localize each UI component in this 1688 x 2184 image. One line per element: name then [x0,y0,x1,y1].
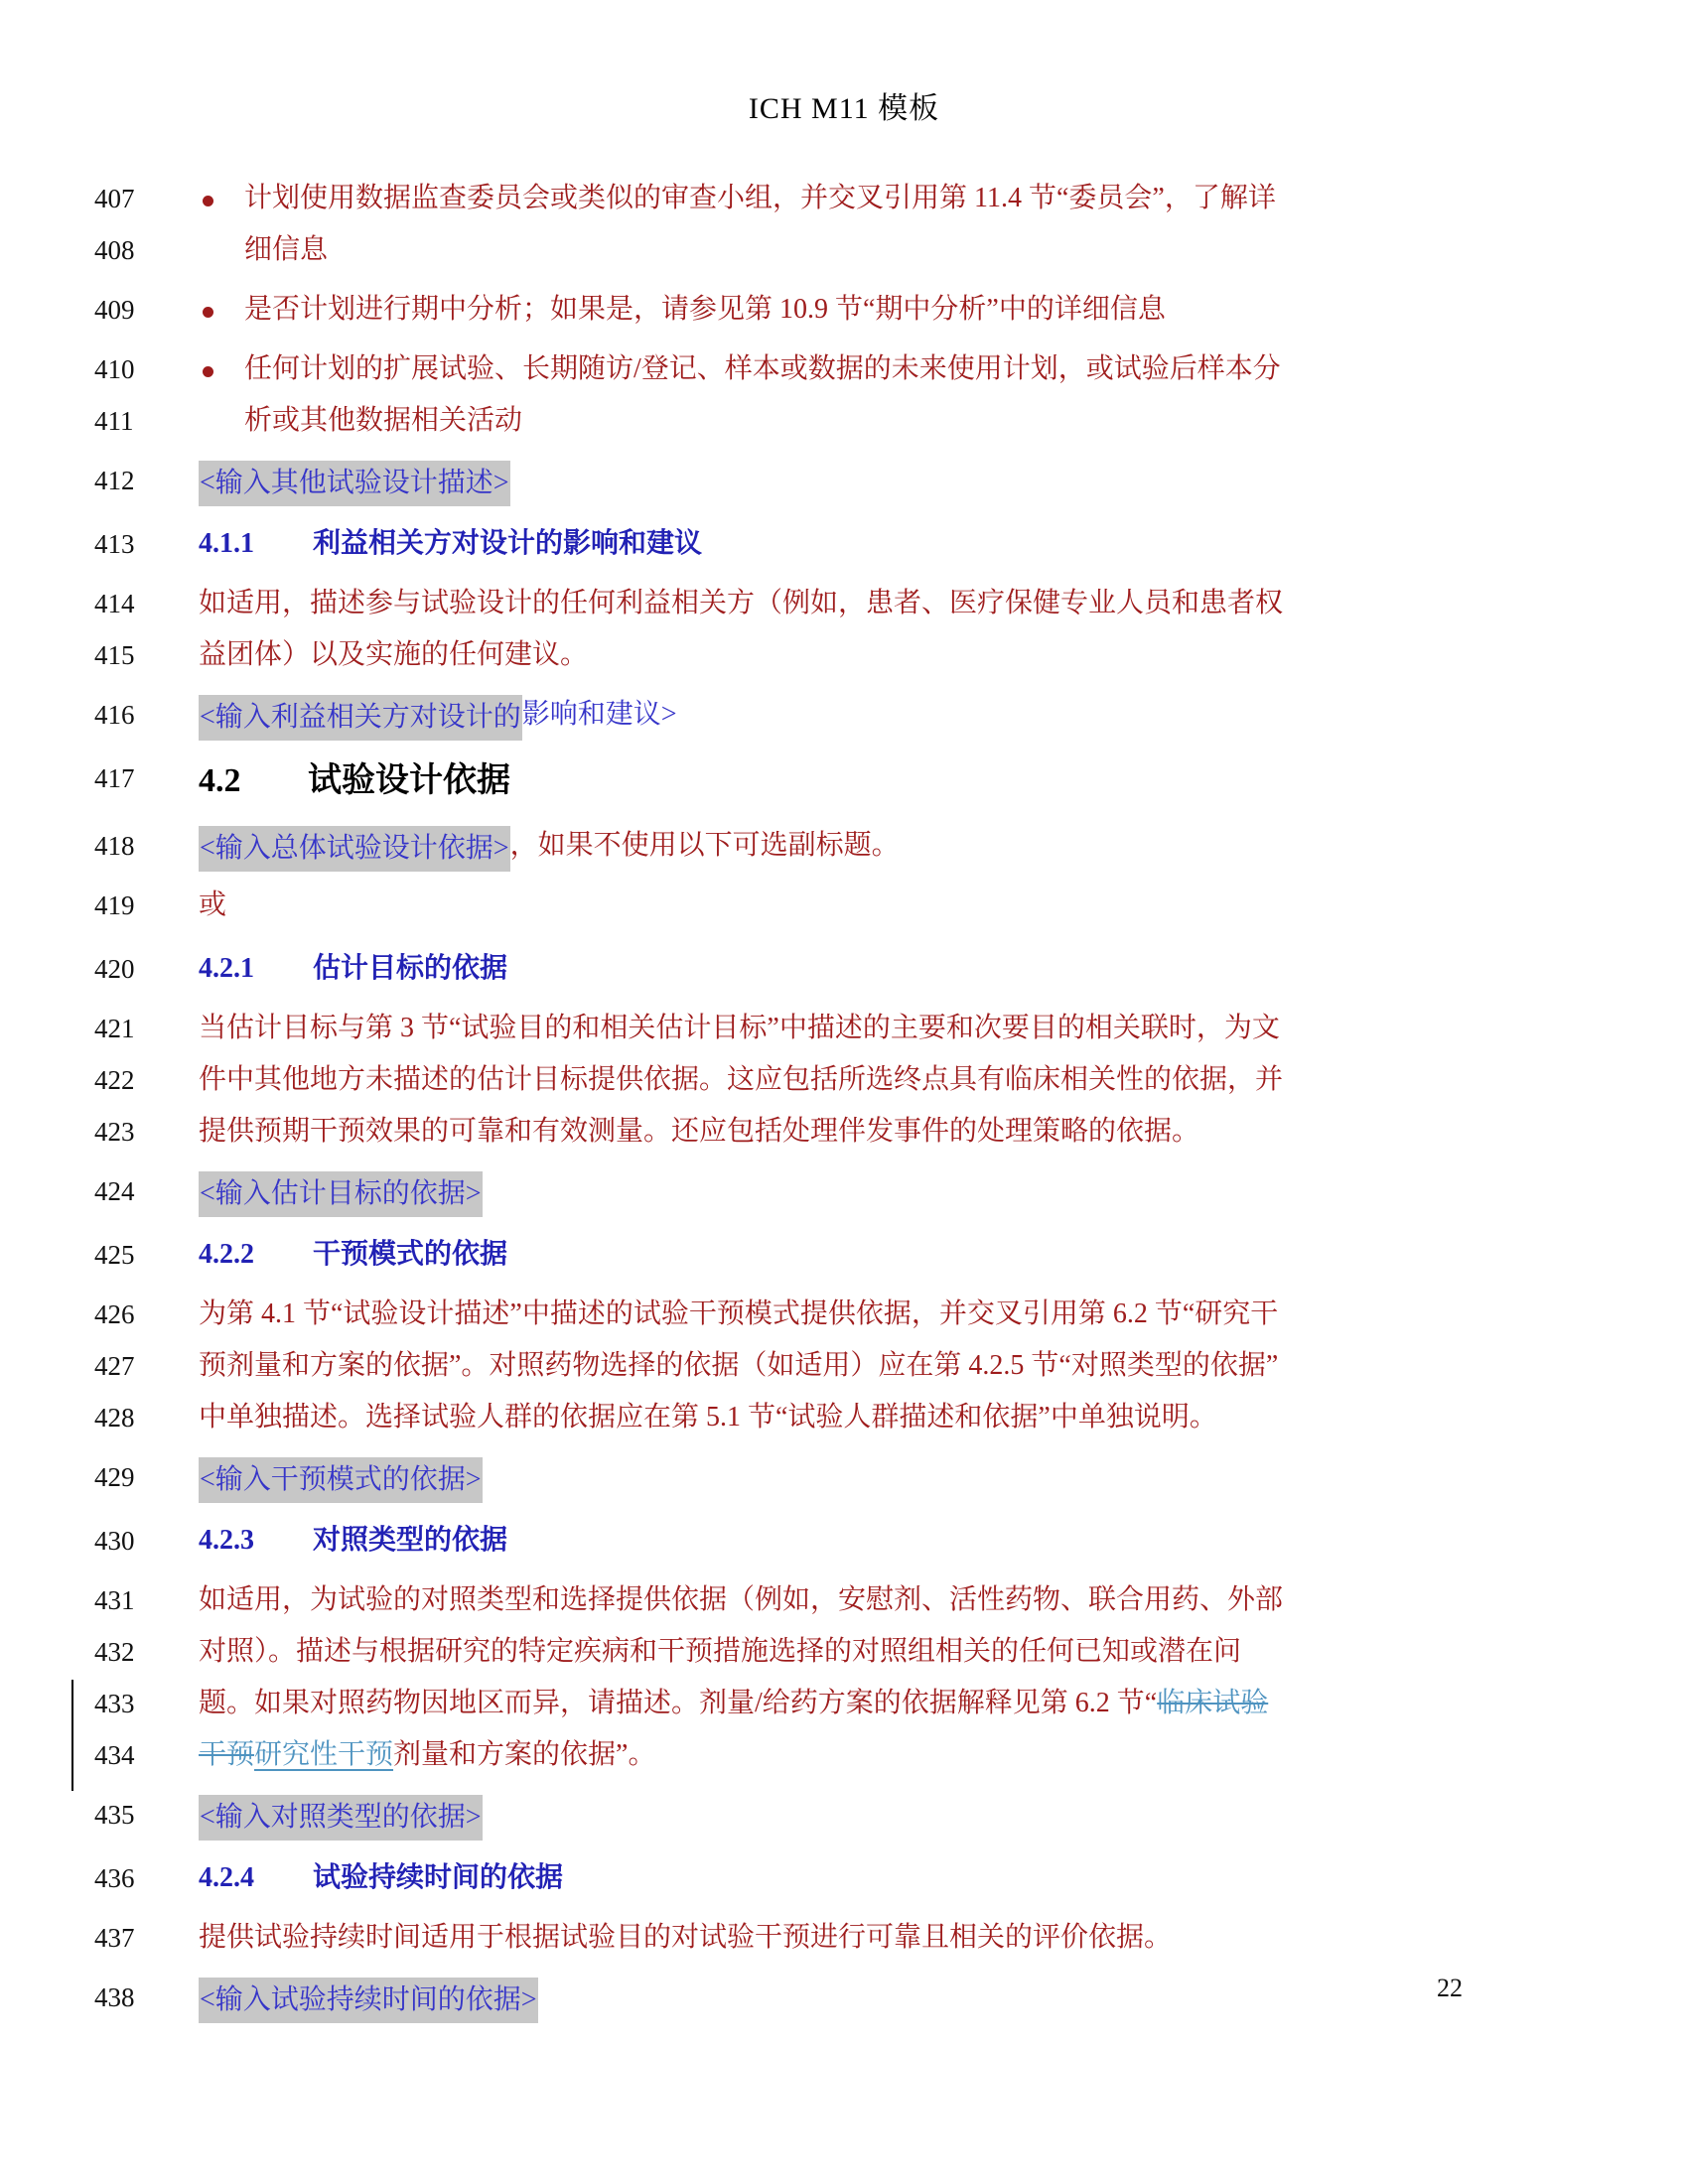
bullet-icon [199,349,244,389]
line-number: 420 [94,949,199,989]
heading-number: 4.2.4 [199,1858,313,1898]
line-number: 437 [94,1918,199,1958]
heading: 4.2.3对照类型的依据 [199,1521,507,1561]
placeholder-text: <输入干预模式的依据> [199,1457,483,1503]
text-segment: 或 [199,886,226,925]
heading-text: 估计目标的依据 [313,949,507,989]
line-number: 412 [94,461,199,500]
doc-line-420: 4204.2.1估计目标的依据 [0,949,1688,1001]
doc-line-416: 416<输入利益相关方对设计的影响和建议> [0,695,1688,747]
doc-line-408: 408细信息 [0,230,1688,282]
line-content: 中单独描述。选择试验人群的依据应在第 5.1 节“试验人群描述和依据”中单独说明… [199,1398,1217,1437]
line-number: 429 [94,1457,199,1497]
page-number: 22 [1437,1974,1463,2003]
line-number: 418 [94,826,199,866]
line-number: 428 [94,1398,199,1437]
line-content: 为第 4.1 节“试验设计描述”中描述的试验干预模式提供依据，并交叉引用第 6.… [199,1295,1278,1334]
line-number: 411 [94,401,199,441]
line-content: 当估计目标与第 3 节“试验目的和相关估计目标”中描述的主要和次要目的相关联时，… [199,1009,1280,1048]
heading-number: 4.2.2 [199,1235,313,1275]
placeholder-text: <输入估计目标的依据> [199,1171,483,1217]
line-number: 408 [94,230,199,270]
doc-line-438: 438<输入试验持续时间的依据> [0,1978,1688,2029]
doc-line-423: 423提供预期干预效果的可靠和有效测量。还应包括处理伴发事件的处理策略的依据。 [0,1112,1688,1163]
doc-line-407: 407计划使用数据监查委员会或类似的审查小组，并交叉引用第 11.4 节“委员会… [0,179,1688,230]
line-content: 件中其他地方未描述的估计目标提供依据。这应包括所选终点具有临床相关性的依据，并 [199,1060,1283,1100]
doc-line-409: 409是否计划进行期中分析；如果是，请参见第 10.9 节“期中分析”中的详细信… [0,290,1688,341]
line-content: <输入利益相关方对设计的影响和建议> [199,695,677,741]
placeholder-text: <输入利益相关方对设计的 [199,695,522,741]
line-content: <输入总体试验设计依据>，如果不使用以下可选副标题。 [199,826,900,872]
line-content: 干预研究性干预剂量和方案的依据”。 [199,1735,655,1775]
line-number: 426 [94,1295,199,1334]
heading: 4.2试验设计依据 [199,758,510,804]
line-number: 421 [94,1009,199,1048]
line-number: 430 [94,1521,199,1561]
placeholder-text: <输入试验持续时间的依据> [199,1978,538,2023]
text-segment: ，如果不使用以下可选副标题。 [510,826,900,866]
line-content: 如适用，描述参与试验设计的任何利益相关方（例如，患者、医疗保健专业人员和患者权 [199,584,1283,623]
line-number: 415 [94,635,199,675]
heading-text: 试验设计依据 [308,758,510,804]
heading-text: 利益相关方对设计的影响和建议 [313,524,702,564]
doc-line-421: 421当估计目标与第 3 节“试验目的和相关估计目标”中描述的主要和次要目的相关… [0,1009,1688,1060]
doc-line-437: 437提供试验持续时间适用于根据试验目的对试验干预进行可靠且相关的评价依据。 [0,1918,1688,1970]
line-number: 410 [94,349,199,389]
line-content: 题。如果对照药物因地区而异，请描述。剂量/给药方案的依据解释见第 6.2 节“临… [199,1684,1268,1723]
text-segment: 题。如果对照药物因地区而异，请描述。剂量/给药方案的依据解释见第 6.2 节“ [199,1684,1157,1723]
deleted-text: 干预 [199,1735,254,1775]
text-segment: 任何计划的扩展试验、长期随访/登记、样本或数据的未来使用计划，或试验后样本分 [244,349,1281,389]
line-content: <输入对照类型的依据> [199,1795,483,1841]
line-number: 413 [94,524,199,564]
doc-line-411: 411析或其他数据相关活动 [0,401,1688,453]
doc-line-413: 4134.1.1利益相关方对设计的影响和建议 [0,524,1688,576]
heading: 4.2.1估计目标的依据 [199,949,507,989]
line-content: <输入估计目标的依据> [199,1171,483,1217]
text-segment: 如适用，描述参与试验设计的任何利益相关方（例如，患者、医疗保健专业人员和患者权 [199,584,1283,623]
line-content: 提供试验持续时间适用于根据试验目的对试验干预进行可靠且相关的评价依据。 [199,1918,1172,1958]
doc-line-431: 431如适用，为试验的对照类型和选择提供依据（例如，安慰剂、活性药物、联合用药、… [0,1580,1688,1632]
line-number: 423 [94,1112,199,1152]
inserted-text: 研究性干预 [254,1735,393,1775]
text-segment: 细信息 [244,230,328,270]
text-segment: 提供预期干预效果的可靠和有效测量。还应包括处理伴发事件的处理策略的依据。 [199,1112,1199,1152]
doc-line-427: 427预剂量和方案的依据”。对照药物选择的依据（如适用）应在第 4.2.5 节“… [0,1346,1688,1398]
line-content: 任何计划的扩展试验、长期随访/登记、样本或数据的未来使用计划，或试验后样本分 [199,349,1281,389]
heading-number: 4.2.3 [199,1521,313,1561]
doc-line-435: 435<输入对照类型的依据> [0,1795,1688,1846]
line-number: 425 [94,1235,199,1275]
doc-line-434-with-change-bar: 434干预研究性干预剂量和方案的依据”。 [0,1735,1688,1787]
line-content: 益团体）以及实施的任何建议。 [199,635,588,675]
line-number: 407 [94,179,199,218]
line-number: 427 [94,1346,199,1386]
doc-line-430: 4304.2.3对照类型的依据 [0,1521,1688,1572]
document-page: ICH M11 模板 407计划使用数据监查委员会或类似的审查小组，并交叉引用第… [0,0,1688,2184]
heading-number: 4.1.1 [199,524,313,564]
doc-line-418: 418<输入总体试验设计依据>，如果不使用以下可选副标题。 [0,826,1688,878]
line-number: 436 [94,1858,199,1898]
line-number: 416 [94,695,199,735]
text-segment: 预剂量和方案的依据”。对照药物选择的依据（如适用）应在第 4.2.5 节“对照类… [199,1346,1278,1386]
text-segment: 对照）。描述与根据研究的特定疾病和干预措施选择的对照组相关的任何已知或潜在问 [199,1632,1241,1672]
line-number: 424 [94,1171,199,1211]
text-segment: 剂量和方案的依据”。 [393,1735,655,1775]
line-content: 如适用，为试验的对照类型和选择提供依据（例如，安慰剂、活性药物、联合用药、外部 [199,1580,1283,1620]
line-content: 是否计划进行期中分析；如果是，请参见第 10.9 节“期中分析”中的详细信息 [199,290,1166,330]
placeholder-text: <输入总体试验设计依据> [199,826,510,872]
text-segment: 当估计目标与第 3 节“试验目的和相关估计目标”中描述的主要和次要目的相关联时，… [199,1009,1280,1048]
text-segment: 益团体）以及实施的任何建议。 [199,635,588,675]
line-number: 419 [94,886,199,925]
line-content: 计划使用数据监查委员会或类似的审查小组，并交叉引用第 11.4 节“委员会”，了… [199,179,1276,218]
placeholder-text: <输入其他试验设计描述> [199,461,510,506]
placeholder-text: <输入对照类型的依据> [199,1795,483,1841]
line-number: 414 [94,584,199,623]
line-content: <输入其他试验设计描述> [199,461,510,506]
doc-line-414: 414如适用，描述参与试验设计的任何利益相关方（例如，患者、医疗保健专业人员和患… [0,584,1688,635]
line-number: 435 [94,1795,199,1835]
line-number: 431 [94,1580,199,1620]
doc-line-429: 429<输入干预模式的依据> [0,1457,1688,1509]
document-body: 407计划使用数据监查委员会或类似的审查小组，并交叉引用第 11.4 节“委员会… [0,179,1688,2029]
bullet-icon [199,179,244,218]
text-segment: 提供试验持续时间适用于根据试验目的对试验干预进行可靠且相关的评价依据。 [199,1918,1172,1958]
text-segment: 中单独描述。选择试验人群的依据应在第 5.1 节“试验人群描述和依据”中单独说明… [199,1398,1217,1437]
line-content: 提供预期干预效果的可靠和有效测量。还应包括处理伴发事件的处理策略的依据。 [199,1112,1199,1152]
doc-line-432: 432对照）。描述与根据研究的特定疾病和干预措施选择的对照组相关的任何已知或潜在… [0,1632,1688,1684]
text-segment: 计划使用数据监查委员会或类似的审查小组，并交叉引用第 11.4 节“委员会”，了… [244,179,1276,218]
line-content: 析或其他数据相关活动 [199,401,522,441]
line-content: <输入试验持续时间的依据> [199,1978,538,2023]
heading-text: 干预模式的依据 [313,1235,507,1275]
doc-line-417: 4174.2试验设计依据 [0,758,1688,818]
heading-number: 4.2 [199,758,308,804]
line-content: 对照）。描述与根据研究的特定疾病和干预措施选择的对照组相关的任何已知或潜在问 [199,1632,1241,1672]
line-number: 417 [94,758,199,798]
line-number: 409 [94,290,199,330]
line-number: 422 [94,1060,199,1100]
text-segment: 件中其他地方未描述的估计目标提供依据。这应包括所选终点具有临床相关性的依据，并 [199,1060,1283,1100]
heading: 4.1.1利益相关方对设计的影响和建议 [199,524,702,564]
line-content: 细信息 [199,230,328,270]
text-segment: 析或其他数据相关活动 [244,401,522,441]
doc-line-424: 424<输入估计目标的依据> [0,1171,1688,1223]
heading: 4.2.4试验持续时间的依据 [199,1858,563,1898]
line-number: 434 [94,1735,199,1775]
line-content: 或 [199,886,226,925]
line-content: 预剂量和方案的依据”。对照药物选择的依据（如适用）应在第 4.2.5 节“对照类… [199,1346,1278,1386]
heading-number: 4.2.1 [199,949,313,989]
placeholder-text-tail: 影响和建议> [522,695,677,735]
line-number: 433 [94,1684,199,1723]
doc-line-436: 4364.2.4试验持续时间的依据 [0,1858,1688,1910]
text-segment: 为第 4.1 节“试验设计描述”中描述的试验干预模式提供依据，并交叉引用第 6.… [199,1295,1278,1334]
doc-line-422: 422件中其他地方未描述的估计目标提供依据。这应包括所选终点具有临床相关性的依据… [0,1060,1688,1112]
doc-line-412: 412<输入其他试验设计描述> [0,461,1688,512]
doc-line-428: 428中单独描述。选择试验人群的依据应在第 5.1 节“试验人群描述和依据”中单… [0,1398,1688,1449]
doc-line-410: 410任何计划的扩展试验、长期随访/登记、样本或数据的未来使用计划，或试验后样本… [0,349,1688,401]
line-number: 432 [94,1632,199,1672]
doc-line-433-with-change-bar: 433题。如果对照药物因地区而异，请描述。剂量/给药方案的依据解释见第 6.2 … [0,1684,1688,1735]
doc-line-419: 419或 [0,886,1688,937]
doc-line-425: 4254.2.2干预模式的依据 [0,1235,1688,1287]
heading-text: 对照类型的依据 [313,1521,507,1561]
doc-line-415: 415益团体）以及实施的任何建议。 [0,635,1688,687]
heading: 4.2.2干预模式的依据 [199,1235,507,1275]
line-content: <输入干预模式的依据> [199,1457,483,1503]
deleted-text: 临床试验 [1157,1684,1268,1723]
page-title: ICH M11 模板 [0,0,1688,127]
text-segment: 如适用，为试验的对照类型和选择提供依据（例如，安慰剂、活性药物、联合用药、外部 [199,1580,1283,1620]
bullet-icon [199,290,244,330]
text-segment: 是否计划进行期中分析；如果是，请参见第 10.9 节“期中分析”中的详细信息 [244,290,1166,330]
heading-text: 试验持续时间的依据 [313,1858,563,1898]
doc-line-426: 426为第 4.1 节“试验设计描述”中描述的试验干预模式提供依据，并交叉引用第… [0,1295,1688,1346]
line-number: 438 [94,1978,199,2017]
